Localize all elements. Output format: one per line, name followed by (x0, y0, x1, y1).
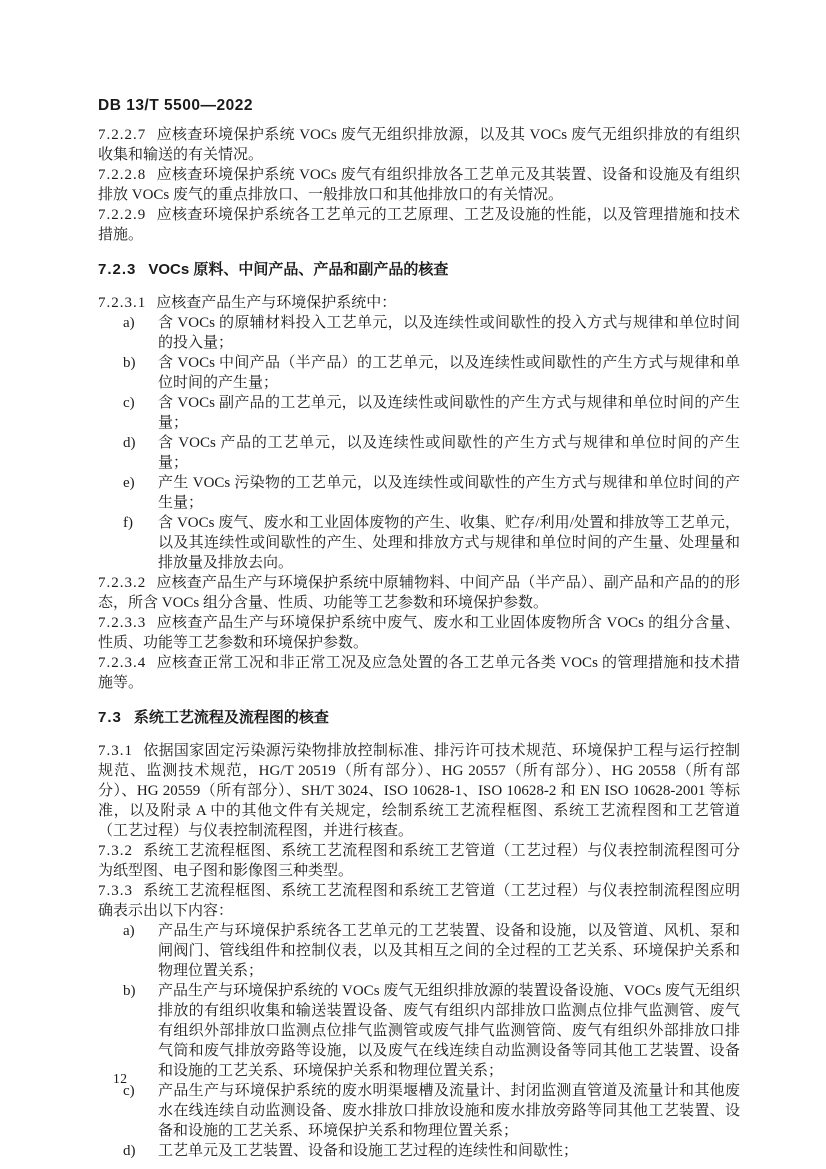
clause-text: 依据国家固定污染源污染物排放控制标准、排污许可技术规范、环境保护工程与运行控制规… (98, 743, 740, 839)
clause-7-3-3: 7.3.3系统工艺流程框图、系统工艺流程图和系统工艺管道（工艺过程）与仪表控制流… (98, 881, 740, 921)
clause-text: 应核查产品生产与环境保护系统中原辅物料、中间产品（半产品）、副产品和产品的的形态… (98, 575, 740, 611)
list-item-marker: d) (123, 1141, 158, 1161)
list-item-text: 产品生产与环境保护系统的废水明渠堰槽及流量计、封闭监测直管道及流量计和其他废水在… (158, 1081, 740, 1141)
list-item-marker: b) (123, 353, 158, 393)
clause-number: 7.2.2.8 (98, 167, 146, 183)
section-number: 7.3 (98, 709, 122, 726)
list-item: c) 产品生产与环境保护系统的废水明渠堰槽及流量计、封闭监测直管道及流量计和其他… (98, 1081, 740, 1141)
list-item-text: 产品生产与环境保护系统各工艺单元的工艺装置、设备和设施，以及管道、风机、泵和闸阀… (158, 921, 740, 981)
clause-number: 7.2.2.9 (98, 207, 146, 223)
clause-number: 7.2.2.7 (98, 127, 146, 143)
clause-number: 7.3.3 (98, 883, 133, 899)
list-item-text: 产生 VOCs 污染物的工艺单元，以及连续性或间歇性的产生方式与规律和单位时间的… (158, 473, 740, 513)
clause-number: 7.3.1 (98, 743, 133, 759)
list-item-marker: f) (123, 513, 158, 573)
clause-number: 7.2.3.4 (98, 655, 146, 671)
clause-number: 7.3.2 (98, 843, 133, 859)
clause-7-2-3-2: 7.2.3.2应核查产品生产与环境保护系统中原辅物料、中间产品（半产品）、副产品… (98, 573, 740, 613)
clause-text: 应核查环境保护系统各工艺单元的工艺原理、工艺及设施的性能，以及管理措施和技术措施… (98, 207, 740, 243)
list-item: d) 含 VOCs 产品的工艺单元，以及连续性或间歇性的产生方式与规律和单位时间… (98, 433, 740, 473)
clause-text: 应核查正常工况和非正常工况及应急处置的各工艺单元各类 VOCs 的管理措施和技术… (98, 655, 740, 691)
section-heading-7-3: 7.3系统工艺流程及流程图的核查 (98, 708, 740, 728)
list-item: f) 含 VOCs 废气、废水和工业固体废物的产生、收集、贮存/利用/处置和排放… (98, 513, 740, 573)
clause-7-2-3-1-list: a) 含 VOCs 的原辅材料投入工艺单元，以及连续性或间歇性的投入方式与规律和… (98, 313, 740, 573)
list-item-marker: d) (123, 433, 158, 473)
list-item-text: 含 VOCs 中间产品（半产品）的工艺单元，以及连续性或间歇性的产生方式与规律和… (158, 353, 740, 393)
clause-text: 系统工艺流程框图、系统工艺流程图和系统工艺管道（工艺过程）与仪表控制流程图可分为… (98, 843, 740, 879)
clause-7-2-3-4: 7.2.3.4应核查正常工况和非正常工况及应急处置的各工艺单元各类 VOCs 的… (98, 653, 740, 693)
list-item: b) 含 VOCs 中间产品（半产品）的工艺单元，以及连续性或间歇性的产生方式与… (98, 353, 740, 393)
list-item: d) 工艺单元及工艺装置、设备和设施工艺过程的连续性和间歇性； (98, 1141, 740, 1161)
list-item: a) 含 VOCs 的原辅材料投入工艺单元，以及连续性或间歇性的投入方式与规律和… (98, 313, 740, 353)
list-item: c) 含 VOCs 副产品的工艺单元，以及连续性或间歇性的产生方式与规律和单位时… (98, 393, 740, 433)
standard-number-header: DB 13/T 5500—2022 (98, 96, 740, 116)
list-item-text: 产品生产与环境保护系统的 VOCs 废气无组织排放源的装置设备设施、VOCs 废… (158, 981, 740, 1081)
clause-text: 应核查环境保护系统 VOCs 废气无组织排放源，以及其 VOCs 废气无组织排放… (98, 127, 740, 163)
list-item-text: 含 VOCs 副产品的工艺单元，以及连续性或间歇性的产生方式与规律和单位时间的产… (158, 393, 740, 433)
clause-number: 7.2.3.2 (98, 575, 146, 591)
clause-7-2-2-7: 7.2.2.7应核查环境保护系统 VOCs 废气无组织排放源，以及其 VOCs … (98, 125, 740, 165)
clause-text: 应核查产品生产与环境保护系统中废气、废水和工业固体废物所含 VOCs 的组分含量… (98, 615, 740, 651)
list-item: b) 产品生产与环境保护系统的 VOCs 废气无组织排放源的装置设备设施、VOC… (98, 981, 740, 1081)
clause-7-2-3-1: 7.2.3.1应核查产品生产与环境保护系统中： (98, 293, 740, 313)
list-item-text: 含 VOCs 废气、废水和工业固体废物的产生、收集、贮存/利用/处置和排放等工艺… (158, 513, 740, 573)
list-item: a) 产品生产与环境保护系统各工艺单元的工艺装置、设备和设施，以及管道、风机、泵… (98, 921, 740, 981)
clause-text: 系统工艺流程框图、系统工艺流程图和系统工艺管道（工艺过程）与仪表控制流程图应明确… (98, 883, 740, 919)
clause-7-2-2-9: 7.2.2.9应核查环境保护系统各工艺单元的工艺原理、工艺及设施的性能，以及管理… (98, 205, 740, 245)
list-item-marker: a) (123, 921, 158, 981)
clause-7-2-2-8: 7.2.2.8应核查环境保护系统 VOCs 废气有组织排放各工艺单元及其装置、设… (98, 165, 740, 205)
clause-7-3-2: 7.3.2系统工艺流程框图、系统工艺流程图和系统工艺管道（工艺过程）与仪表控制流… (98, 841, 740, 881)
clause-number: 7.2.3.3 (98, 615, 146, 631)
list-item: e) 产生 VOCs 污染物的工艺单元，以及连续性或间歇性的产生方式与规律和单位… (98, 473, 740, 513)
list-item-marker: c) (123, 1081, 158, 1141)
list-item-text: 工艺单元及工艺装置、设备和设施工艺过程的连续性和间歇性； (158, 1141, 740, 1161)
section-heading-7-2-3: 7.2.3VOCs 原料、中间产品、产品和副产品的核查 (98, 260, 740, 280)
list-item-marker: b) (123, 981, 158, 1081)
page-number: 12 (113, 1070, 128, 1088)
list-item-text: 含 VOCs 产品的工艺单元，以及连续性或间歇性的产生方式与规律和单位时间的产生… (158, 433, 740, 473)
section-number: 7.2.3 (98, 261, 136, 278)
clause-7-3-3-list: a) 产品生产与环境保护系统各工艺单元的工艺装置、设备和设施，以及管道、风机、泵… (98, 921, 740, 1161)
list-item-marker: c) (123, 393, 158, 433)
section-title: 系统工艺流程及流程图的核查 (134, 709, 329, 726)
list-item-text: 含 VOCs 的原辅材料投入工艺单元，以及连续性或间歇性的投入方式与规律和单位时… (158, 313, 740, 353)
list-item-marker: a) (123, 313, 158, 353)
clause-text: 应核查环境保护系统 VOCs 废气有组织排放各工艺单元及其装置、设备和设施及有组… (98, 167, 740, 203)
page-content: DB 13/T 5500—2022 7.2.2.7应核查环境保护系统 VOCs … (98, 96, 740, 1161)
list-item-marker: e) (123, 473, 158, 513)
clause-7-3-1: 7.3.1依据国家固定污染源污染物排放控制标准、排污许可技术规范、环境保护工程与… (98, 741, 740, 841)
document-page: DB 13/T 5500—2022 7.2.2.7应核查环境保护系统 VOCs … (0, 0, 826, 1169)
clause-number: 7.2.3.1 (98, 295, 146, 311)
section-title: VOCs 原料、中间产品、产品和副产品的核查 (148, 261, 448, 278)
clause-7-2-3-3: 7.2.3.3应核查产品生产与环境保护系统中废气、废水和工业固体废物所含 VOC… (98, 613, 740, 653)
clause-text: 应核查产品生产与环境保护系统中： (156, 295, 396, 311)
